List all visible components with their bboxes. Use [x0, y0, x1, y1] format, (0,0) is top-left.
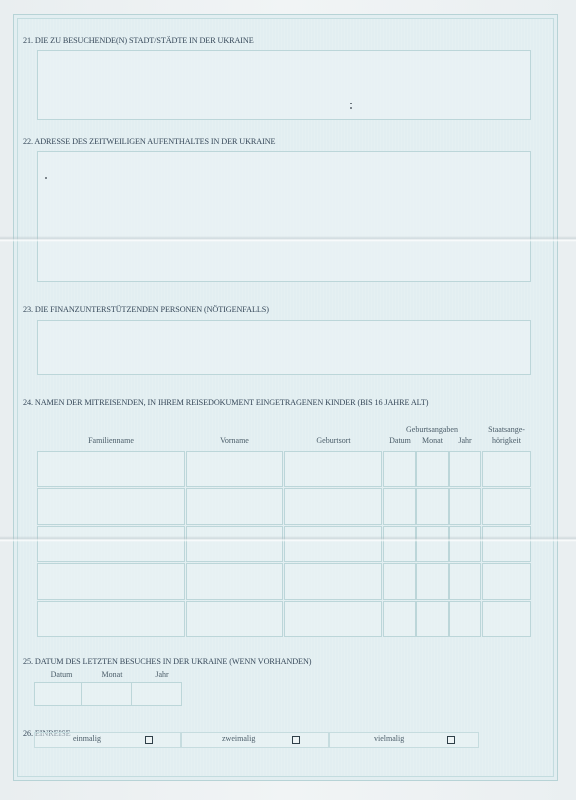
child-2-monat-field[interactable] — [416, 488, 449, 524]
last-visit-jahr-field[interactable] — [131, 682, 182, 706]
ink-speck — [350, 103, 352, 104]
col-header-vorname: Vorname — [186, 436, 283, 445]
section-23-label: 23. DIE FINANZUNTERSTÜTZENDEN PERSONEN (… — [23, 305, 269, 314]
child-5-monat-field[interactable] — [416, 601, 449, 637]
section-22-address-field[interactable] — [37, 151, 531, 282]
checkbox-zweimalig[interactable] — [292, 736, 300, 744]
child-3-staatsangehoerigkeit-field[interactable] — [482, 526, 531, 562]
last-visit-datum-label: Datum — [37, 670, 86, 679]
child-5-jahr-field[interactable] — [449, 601, 481, 637]
child-3-datum-field[interactable] — [383, 526, 416, 562]
child-4-geburtsort-field[interactable] — [284, 563, 382, 599]
entry-option-zweimalig[interactable]: zweimalig — [181, 732, 329, 748]
section-24-label: 24. NAMEN DER MITREISENDEN, IN IHREM REI… — [23, 398, 428, 407]
col-header-monat: Monat — [416, 436, 449, 445]
col-header-geburtsort: Geburtsort — [285, 436, 382, 445]
child-2-geburtsort-field[interactable] — [284, 488, 382, 524]
child-4-vorname-field[interactable] — [186, 563, 283, 599]
ink-speck — [350, 107, 352, 109]
child-5-familienname-field[interactable] — [37, 601, 185, 637]
child-5-geburtsort-field[interactable] — [284, 601, 382, 637]
entry-option-label: vielmalig — [374, 734, 404, 743]
last-visit-monat-label: Monat — [87, 670, 137, 679]
child-2-staatsangehoerigkeit-field[interactable] — [482, 488, 531, 524]
child-2-vorname-field[interactable] — [186, 488, 283, 524]
child-4-staatsangehoerigkeit-field[interactable] — [482, 563, 531, 599]
section-21-cities-field[interactable] — [37, 50, 531, 120]
child-1-staatsangehoerigkeit-field[interactable] — [482, 451, 531, 487]
child-3-geburtsort-field[interactable] — [284, 526, 382, 562]
entry-option-label: zweimalig — [222, 734, 255, 743]
child-1-vorname-field[interactable] — [186, 451, 283, 487]
entry-option-label: einmalig — [73, 734, 101, 743]
child-4-datum-field[interactable] — [383, 563, 416, 599]
last-visit-jahr-label: Jahr — [137, 670, 187, 679]
col-header-staatsangehoerigkeit-1: Staatsange- — [482, 425, 531, 434]
last-visit-datum-field[interactable] — [34, 682, 82, 706]
child-5-vorname-field[interactable] — [186, 601, 283, 637]
child-4-familienname-field[interactable] — [37, 563, 185, 599]
entry-option-einmalig[interactable]: einmalig — [34, 732, 181, 748]
child-1-familienname-field[interactable] — [37, 451, 185, 487]
checkbox-vielmalig[interactable] — [447, 736, 455, 744]
child-5-staatsangehoerigkeit-field[interactable] — [482, 601, 531, 637]
child-4-jahr-field[interactable] — [449, 563, 481, 599]
section-22-label: 22. ADRESSE DES ZEITWEILIGEN AUFENTHALTE… — [23, 137, 275, 146]
col-header-geburtsangaben: Geburtsangaben — [383, 425, 481, 434]
child-3-jahr-field[interactable] — [449, 526, 481, 562]
child-1-monat-field[interactable] — [416, 451, 449, 487]
child-2-familienname-field[interactable] — [37, 488, 185, 524]
section-23-sponsors-field[interactable] — [37, 320, 531, 375]
col-header-jahr: Jahr — [449, 436, 481, 445]
child-3-familienname-field[interactable] — [37, 526, 185, 562]
col-header-datum: Datum — [383, 436, 417, 445]
child-5-datum-field[interactable] — [383, 601, 416, 637]
child-4-monat-field[interactable] — [416, 563, 449, 599]
child-1-geburtsort-field[interactable] — [284, 451, 382, 487]
paper-fold — [0, 236, 576, 242]
col-header-familienname: Familienname — [37, 436, 185, 445]
checkbox-einmalig[interactable] — [145, 736, 153, 744]
section-21-label: 21. DIE ZU BESUCHENDE(N) STADT/STÄDTE IN… — [23, 36, 254, 45]
paper-fold — [0, 536, 576, 542]
ink-speck — [45, 177, 47, 179]
col-header-staatsangehoerigkeit-2: hörigkeit — [482, 436, 531, 445]
child-3-monat-field[interactable] — [416, 526, 449, 562]
child-2-datum-field[interactable] — [383, 488, 416, 524]
child-1-jahr-field[interactable] — [449, 451, 481, 487]
child-2-jahr-field[interactable] — [449, 488, 481, 524]
last-visit-monat-field[interactable] — [81, 682, 132, 706]
section-25-label: 25. DATUM DES LETZTEN BESUCHES IN DER UK… — [23, 657, 311, 666]
entry-option-vielmalig[interactable]: vielmalig — [329, 732, 479, 748]
child-1-datum-field[interactable] — [383, 451, 416, 487]
child-3-vorname-field[interactable] — [186, 526, 283, 562]
